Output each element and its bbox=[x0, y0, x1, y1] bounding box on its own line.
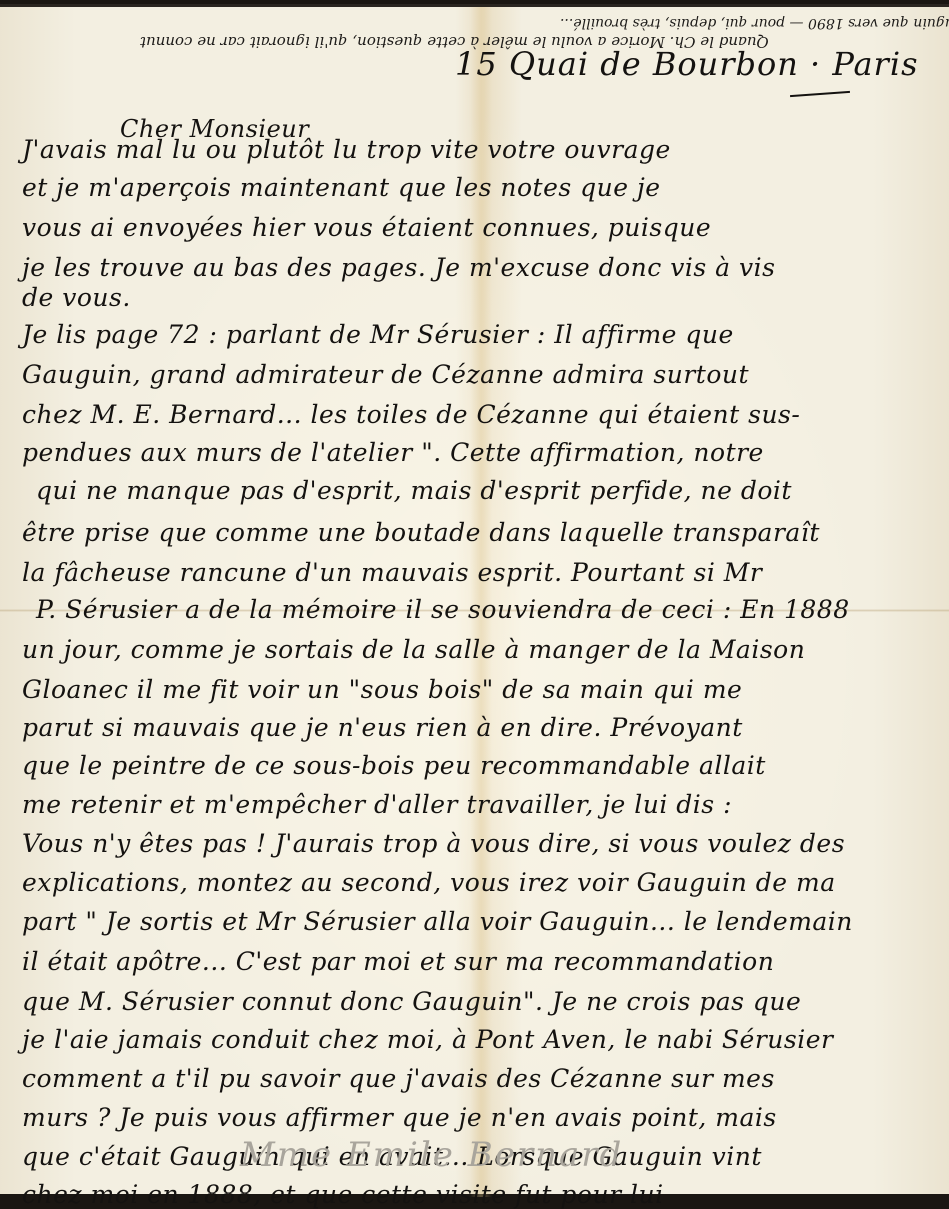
letter-line: chez M. E. Bernard... les toiles de Céza… bbox=[22, 400, 800, 429]
letter-line: que M. Sérusier connut donc Gauguin". Je… bbox=[22, 987, 801, 1016]
letter-line: vous ai envoyées hier vous étaient connu… bbox=[22, 213, 711, 242]
letter-line: me retenir et m'empêcher d'aller travail… bbox=[22, 790, 732, 819]
letter-line: Gauguin, grand admirateur de Cézanne adm… bbox=[22, 360, 749, 389]
letter-line: explications, montez au second, vous ire… bbox=[22, 868, 836, 897]
letter-line: Je lis page 72 : parlant de Mr Sérusier … bbox=[22, 320, 734, 349]
letter-line: parut si mauvais que je n'eus rien à en … bbox=[22, 713, 743, 742]
pencil-annotation: Mme Emile Bernard bbox=[240, 1135, 623, 1175]
letter-line: J'avais mal lu ou plutôt lu trop vite vo… bbox=[22, 135, 671, 164]
letter-line: il était apôtre... C'est par moi et sur … bbox=[22, 947, 774, 976]
letter-line: la fâcheuse rancune d'un mauvais esprit.… bbox=[22, 558, 762, 587]
letter-line: un jour, comme je sortais de la salle à … bbox=[22, 635, 805, 664]
letter-line: être prise que comme une boutade dans la… bbox=[22, 518, 820, 547]
letter-line: je l'aie jamais conduit chez moi, à Pont… bbox=[22, 1025, 833, 1054]
letter-line: que le peintre de ce sous-bois peu recom… bbox=[22, 751, 766, 780]
sender-address: 15 Quai de Bourbon · Paris bbox=[455, 45, 919, 83]
letter-line: part " Je sortis et Mr Sérusier alla voi… bbox=[22, 907, 853, 936]
letter-line: comment a t'il pu savoir que j'avais des… bbox=[22, 1064, 775, 1093]
letter-line: murs ? Je puis vous affirmer que je n'en… bbox=[22, 1103, 777, 1132]
letter-line: chez moi en 1888, et que cette visite fu… bbox=[22, 1180, 664, 1200]
letter-line: Vous n'y êtes pas ! J'aurais trop à vous… bbox=[22, 829, 845, 858]
upside-down-note-line-2: Gauguin que vers 1890 — pour qui, depuis… bbox=[560, 15, 949, 31]
letter-line: pendues aux murs de l'atelier ". Cette a… bbox=[22, 438, 764, 467]
letter-line: je les trouve au bas des pages. Je m'exc… bbox=[22, 253, 775, 282]
letter-line: Gloanec il me fit voir un "sous bois" de… bbox=[22, 675, 742, 704]
letter-line: qui ne manque pas d'esprit, mais d'espri… bbox=[36, 476, 792, 505]
letter-page: Gauguin que vers 1890 — pour qui, depuis… bbox=[0, 4, 949, 1194]
letter-line: de vous. bbox=[22, 283, 131, 312]
letter-line: P. Sérusier a de la mémoire il se souvie… bbox=[36, 595, 850, 624]
letter-line: et je m'aperçois maintenant que les note… bbox=[22, 173, 661, 202]
address-underline bbox=[790, 91, 850, 97]
